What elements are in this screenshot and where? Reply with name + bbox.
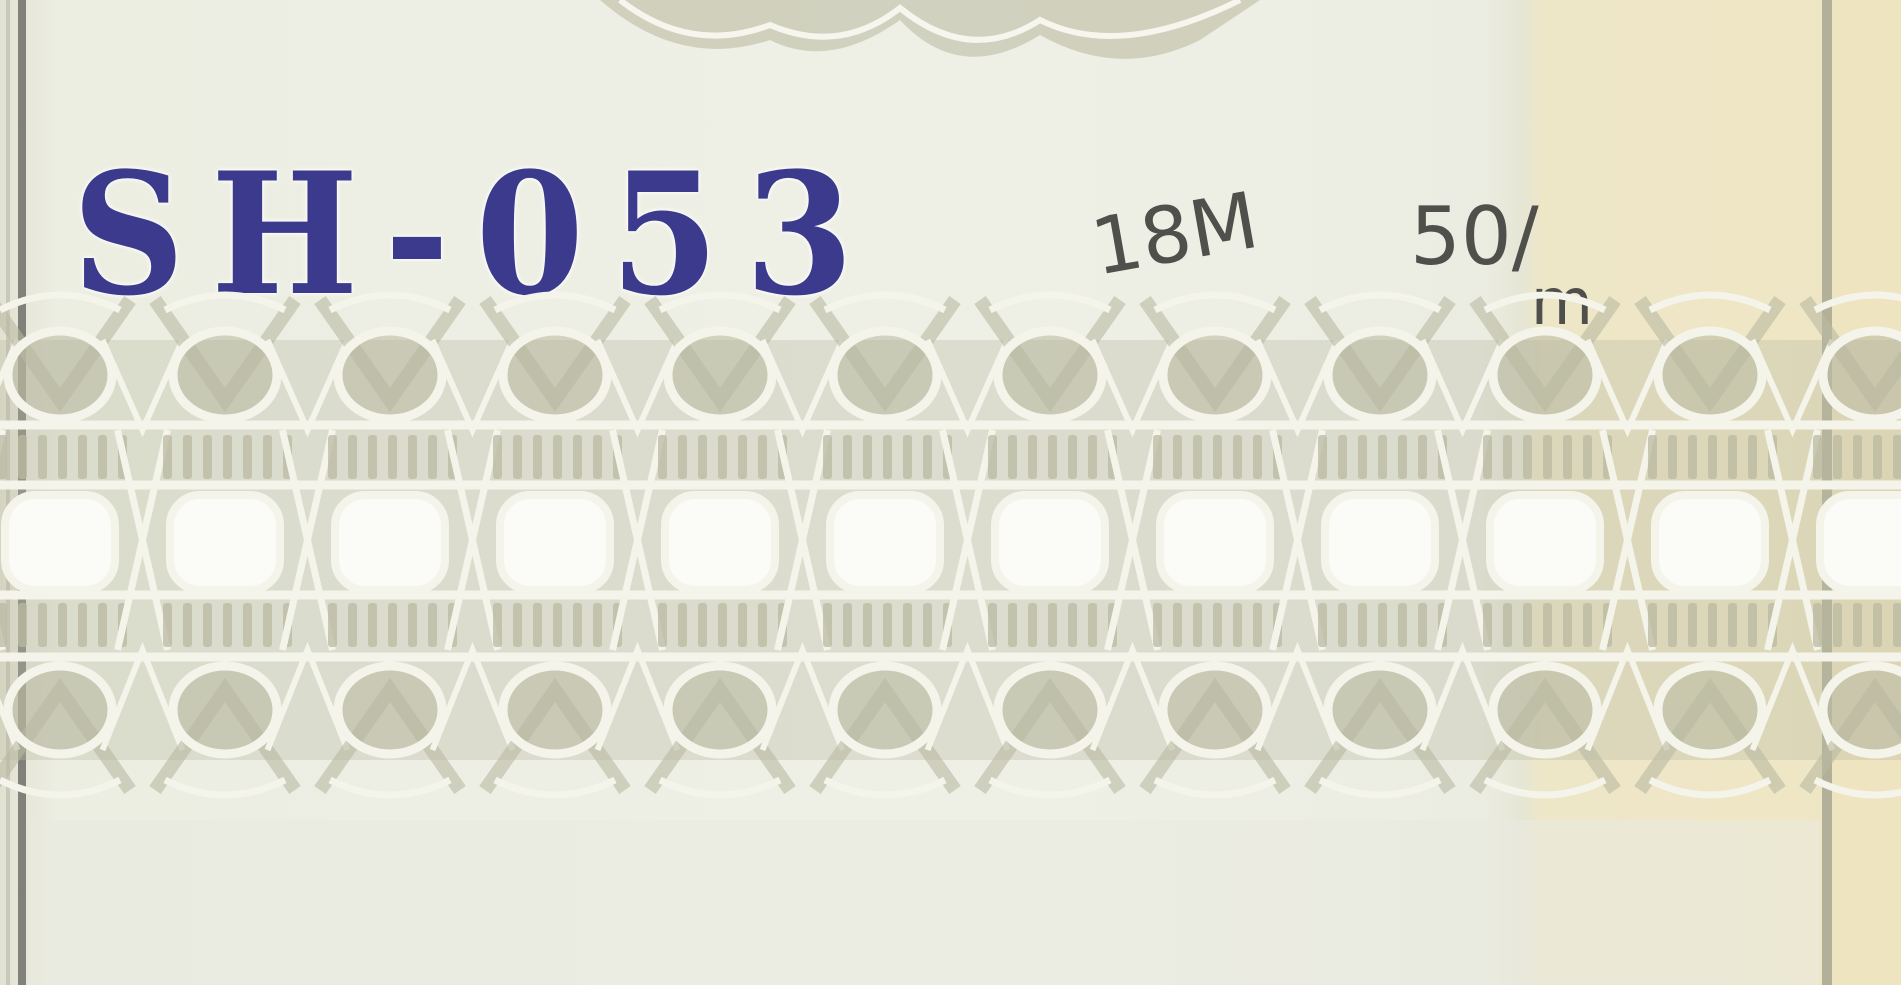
card-lower-area xyxy=(30,820,1820,985)
handwritten-price-note: 50/m xyxy=(1410,190,1601,283)
handwritten-price-value: 50/ xyxy=(1410,190,1539,283)
lace-sample-top-fragment xyxy=(600,0,1260,80)
lace-sample-strip xyxy=(0,280,1901,820)
